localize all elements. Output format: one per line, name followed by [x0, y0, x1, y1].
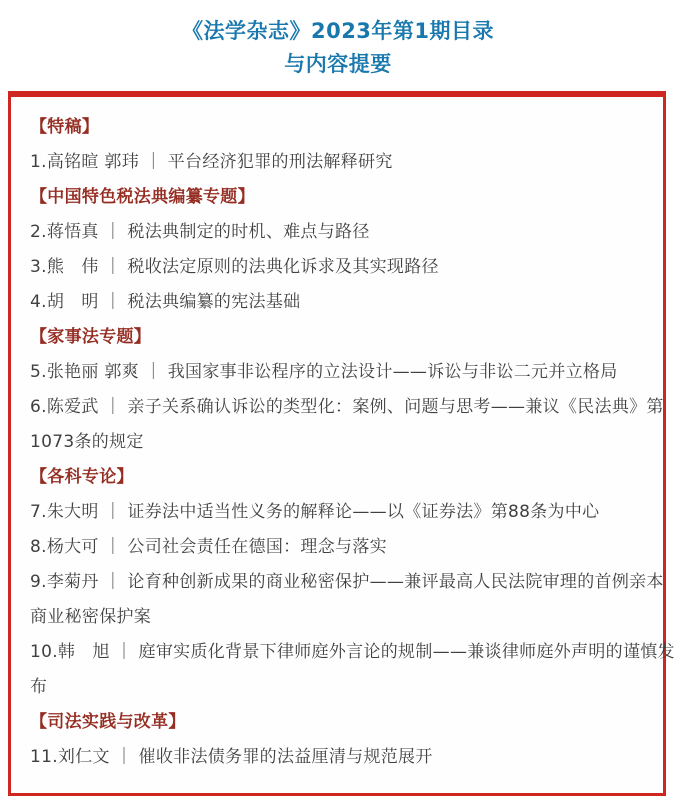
page-title-line-1: 《法学杂志》2023年第1期目录	[0, 15, 676, 48]
toc-item-text-line-1: 10.韩 旭 ｜ 庭审实质化背景下律师庭外言论的规制——兼谈律师庭外声明的谨慎发	[30, 635, 643, 670]
page-title-line-2: 与内容提要	[0, 48, 676, 81]
section-header-family-law: 【家事法专题】	[30, 320, 643, 355]
section-header-subject-monographs: 【各科专论】	[30, 460, 643, 495]
toc-item-text: 4.胡 明 ｜ 税法典编纂的宪法基础	[30, 285, 643, 320]
toc-item-text: 2.蒋悟真 ｜ 税法典制定的时机、难点与路径	[30, 215, 643, 250]
toc-item: 9.李菊丹 ｜ 论育种创新成果的商业秘密保护——兼评最高人民法院审理的首例亲本 …	[30, 565, 643, 635]
toc-red-border-box: 【特稿】 1.高铭暄 郭玮 ｜ 平台经济犯罪的刑法解释研究 【中国特色税法典编纂…	[8, 91, 666, 796]
section-header-label: 【特稿】	[30, 110, 643, 145]
toc-item-text-line-2: 布	[30, 670, 643, 705]
toc-item: 8.杨大可 ｜ 公司社会责任在德国：理念与落实	[30, 530, 643, 565]
toc-item: 6.陈爱武 ｜ 亲子关系确认诉讼的类型化：案例、问题与思考——兼议《民法典》第 …	[30, 390, 643, 460]
toc-item-text: 7.朱大明 ｜ 证券法中适当性义务的解释论——以《证券法》第88条为中心	[30, 495, 643, 530]
section-header-label: 【司法实践与改革】	[30, 705, 643, 740]
section-header-judicial-practice: 【司法实践与改革】	[30, 705, 643, 740]
section-header-tax-code: 【中国特色税法典编纂专题】	[30, 180, 643, 215]
toc-item-text-line-2: 商业秘密保护案	[30, 600, 643, 635]
toc-item: 10.韩 旭 ｜ 庭审实质化背景下律师庭外言论的规制——兼谈律师庭外声明的谨慎发…	[30, 635, 643, 705]
section-header-label: 【中国特色税法典编纂专题】	[30, 180, 643, 215]
toc-item-text-line-2: 1073条的规定	[30, 425, 643, 460]
toc-item: 5.张艳丽 郭爽 ｜ 我国家事非讼程序的立法设计——诉讼与非讼二元并立格局	[30, 355, 643, 390]
toc-item: 3.熊 伟 ｜ 税收法定原则的法典化诉求及其实现路径	[30, 250, 643, 285]
section-header-label: 【各科专论】	[30, 460, 643, 495]
toc-item: 4.胡 明 ｜ 税法典编纂的宪法基础	[30, 285, 643, 320]
toc-item: 11.刘仁文 ｜ 催收非法债务罪的法益厘清与规范展开	[30, 740, 643, 775]
toc-item-text: 1.高铭暄 郭玮 ｜ 平台经济犯罪的刑法解释研究	[30, 145, 643, 180]
toc-item-text-line-1: 6.陈爱武 ｜ 亲子关系确认诉讼的类型化：案例、问题与思考——兼议《民法典》第	[30, 390, 643, 425]
toc-item: 2.蒋悟真 ｜ 税法典制定的时机、难点与路径	[30, 215, 643, 250]
page-header: 《法学杂志》2023年第1期目录 与内容提要	[0, 0, 676, 81]
section-header-special-feature: 【特稿】	[30, 110, 643, 145]
toc-item-text: 8.杨大可 ｜ 公司社会责任在德国：理念与落实	[30, 530, 643, 565]
toc-item-text: 11.刘仁文 ｜ 催收非法债务罪的法益厘清与规范展开	[30, 740, 643, 775]
toc-item-text: 5.张艳丽 郭爽 ｜ 我国家事非讼程序的立法设计——诉讼与非讼二元并立格局	[30, 355, 643, 390]
toc-item-text-line-1: 9.李菊丹 ｜ 论育种创新成果的商业秘密保护——兼评最高人民法院审理的首例亲本	[30, 565, 643, 600]
toc-item: 1.高铭暄 郭玮 ｜ 平台经济犯罪的刑法解释研究	[30, 145, 643, 180]
section-header-label: 【家事法专题】	[30, 320, 643, 355]
toc-item-text: 3.熊 伟 ｜ 税收法定原则的法典化诉求及其实现路径	[30, 250, 643, 285]
toc-item: 7.朱大明 ｜ 证券法中适当性义务的解释论——以《证券法》第88条为中心	[30, 495, 643, 530]
